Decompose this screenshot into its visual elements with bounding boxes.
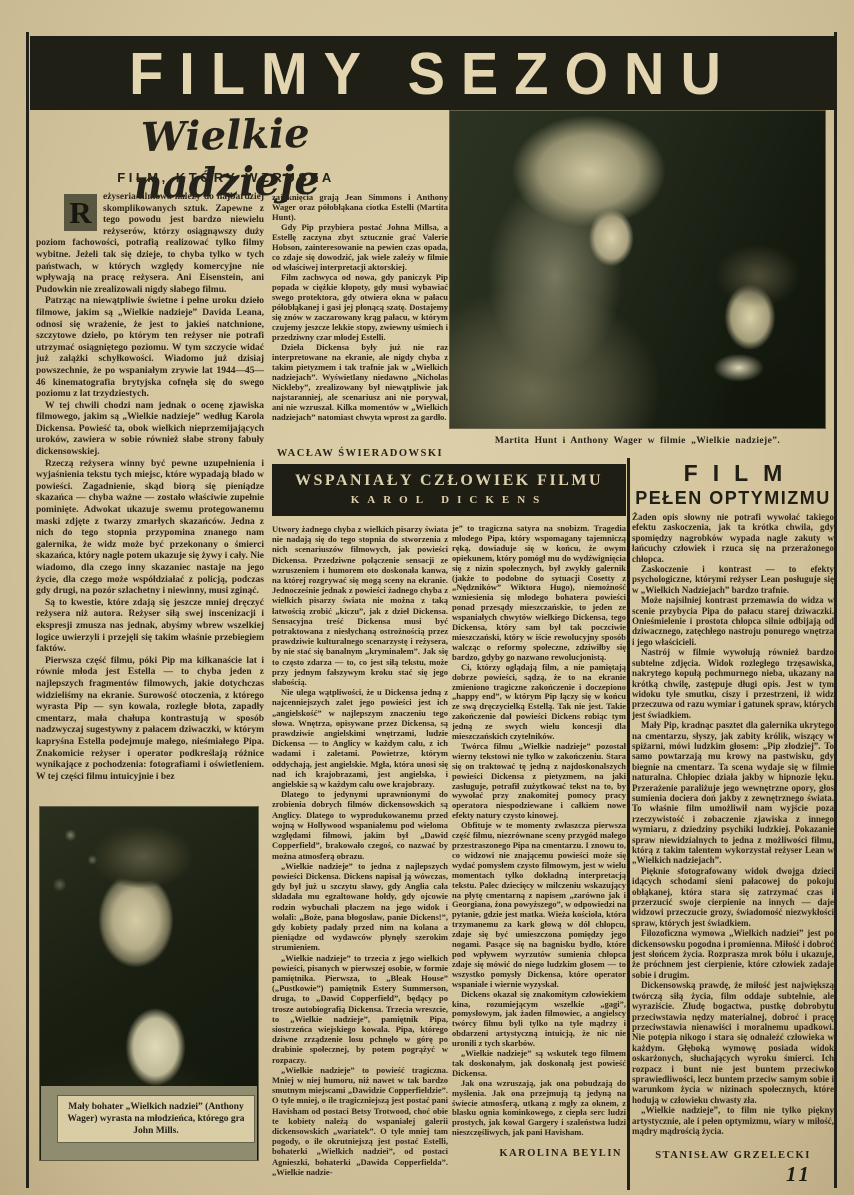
- paragraph: Gdy Pip przybiera postać Johna Millsa, a…: [272, 222, 448, 272]
- paragraph: Może najsilniej kontrast przemawia do wi…: [632, 595, 834, 647]
- masthead-banner: FILMY SEZONU: [30, 36, 836, 110]
- paragraph: Utwory żadnego chyba z wielkich pisarzy …: [272, 524, 448, 687]
- paragraph: Dzieła Dickensa były już nie raz interpr…: [272, 342, 448, 422]
- paragraph: Nie ulega wątpliwości, że u Dickensa jed…: [272, 687, 448, 789]
- article2-title: WSPANIAŁY CZŁOWIEK FILMU: [272, 464, 626, 489]
- article2-author: KAROLINA BEYLIN: [452, 1148, 622, 1159]
- article1-column1: Reżyseria filmowa należy do najbardziej …: [36, 192, 264, 796]
- article3-title-line2: PEŁEN OPTYMIZMU: [630, 488, 836, 509]
- column-divider-rule: [627, 458, 630, 1190]
- paragraph: „Wielkie nadzieje” to trzecia z jego wie…: [272, 953, 448, 1065]
- paragraph: Zaskoczenie i kontrast — to efekty psych…: [632, 564, 834, 595]
- paragraph: Żaden opis słowny nie potrafi wywołać ta…: [632, 512, 834, 564]
- paragraph: Dickens okazał się znakomitym człowiekie…: [452, 990, 626, 1049]
- paragraph: Ci, którzy oglądają film, a nie pamiętaj…: [452, 663, 626, 742]
- film-still-caption: Martita Hunt i Anthony Wager w filmie „W…: [450, 436, 825, 446]
- paragraph: Dickensowską prawdę, że miłość jest najw…: [632, 980, 834, 1105]
- page-frame-right: [834, 32, 837, 1188]
- article2-header-band: WSPANIAŁY CZŁOWIEK FILMU KAROL DICKENS: [272, 464, 626, 516]
- paragraph: Filozoficzna wymowa „Wielkich nadziei” j…: [632, 928, 834, 980]
- paragraph: Mały Pip, kradnąc pasztet dla galernika …: [632, 720, 834, 866]
- paragraph: Dlatego to jedynymi uprawnionymi do zrob…: [272, 789, 448, 860]
- paragraph: je” to tragiczna satyra na snobizm. Trag…: [452, 524, 626, 663]
- article3-title-line1: FILM: [630, 460, 836, 487]
- paragraph: „Wielkie nadzieje” są wskutek tego filme…: [452, 1049, 626, 1079]
- paragraph: „Wielkie nadzieje”, to film nie tylko pi…: [632, 1105, 834, 1136]
- article1-column2: zająknięcia grają Jean Simmons i Anthony…: [272, 192, 448, 444]
- paragraph: Patrząc na niewątpliwie świetne i pełne …: [36, 296, 264, 400]
- paragraph: Film zachwyca od nowa, gdy paniczyk Pip …: [272, 272, 448, 342]
- paragraph: Pierwsza część filmu, póki Pip ma kilkan…: [36, 656, 264, 784]
- article1-subtitle: FILM, KTÓRY WZRUSZA: [58, 170, 394, 185]
- paragraph: Pięknie sfotografowany widok dwojga dzie…: [632, 866, 834, 928]
- paragraph: Reżyseria filmowa należy do najbardziej …: [36, 192, 264, 296]
- article3-column: Żaden opis słowny nie potrafi wywołać ta…: [632, 512, 834, 1144]
- article1-author: WACŁAW ŚWIERADOWSKI: [272, 448, 448, 459]
- article2-columnA: Utwory żadnego chyba z wielkich pisarzy …: [272, 524, 448, 1184]
- article3-author: STANISŁAW GRZELECKI: [632, 1150, 834, 1161]
- page-number: 11: [786, 1162, 812, 1187]
- paragraph: Obfituje w te momenty zwłaszcza pierwsza…: [452, 821, 626, 989]
- drop-cap: R: [64, 194, 97, 231]
- magazine-page: FILMY SEZONU Wielkie nadzieje FILM, KTÓR…: [0, 0, 854, 1195]
- page-frame-left: [26, 32, 29, 1188]
- article2-columnB: je” to tragiczna satyra na snobizm. Trag…: [452, 524, 626, 1142]
- film-still-photo: [450, 111, 825, 428]
- paragraph: zająknięcia grają Jean Simmons i Anthony…: [272, 192, 448, 222]
- portrait-caption: Mały bohater „Wielkich nadziei” (Anthony…: [58, 1096, 254, 1142]
- paragraph: „Wielkie nadzieje” to powieść tragiczna.…: [272, 1065, 448, 1177]
- paragraph: Są to kwestie, które zdają się jeszcze m…: [36, 598, 264, 656]
- paragraph: Rzeczą reżysera winny być pewne uzupełni…: [36, 459, 264, 598]
- article2-subtitle: KAROL DICKENS: [272, 489, 626, 506]
- masthead-title: FILMY SEZONU: [129, 39, 737, 108]
- paragraph: Nastrój w filmie wywołują również bardzo…: [632, 647, 834, 720]
- paragraph: Jak ona wzruszają, jak ona pobudzają do …: [452, 1079, 626, 1138]
- paragraph: „Wielkie nadzieje” to jedna z najlepszyc…: [272, 861, 448, 953]
- paragraph: W tej chwili chodzi nam jednak o ocenę z…: [36, 401, 264, 459]
- paragraph: Twórca filmu „Wielkie nadzieje” pozostał…: [452, 742, 626, 821]
